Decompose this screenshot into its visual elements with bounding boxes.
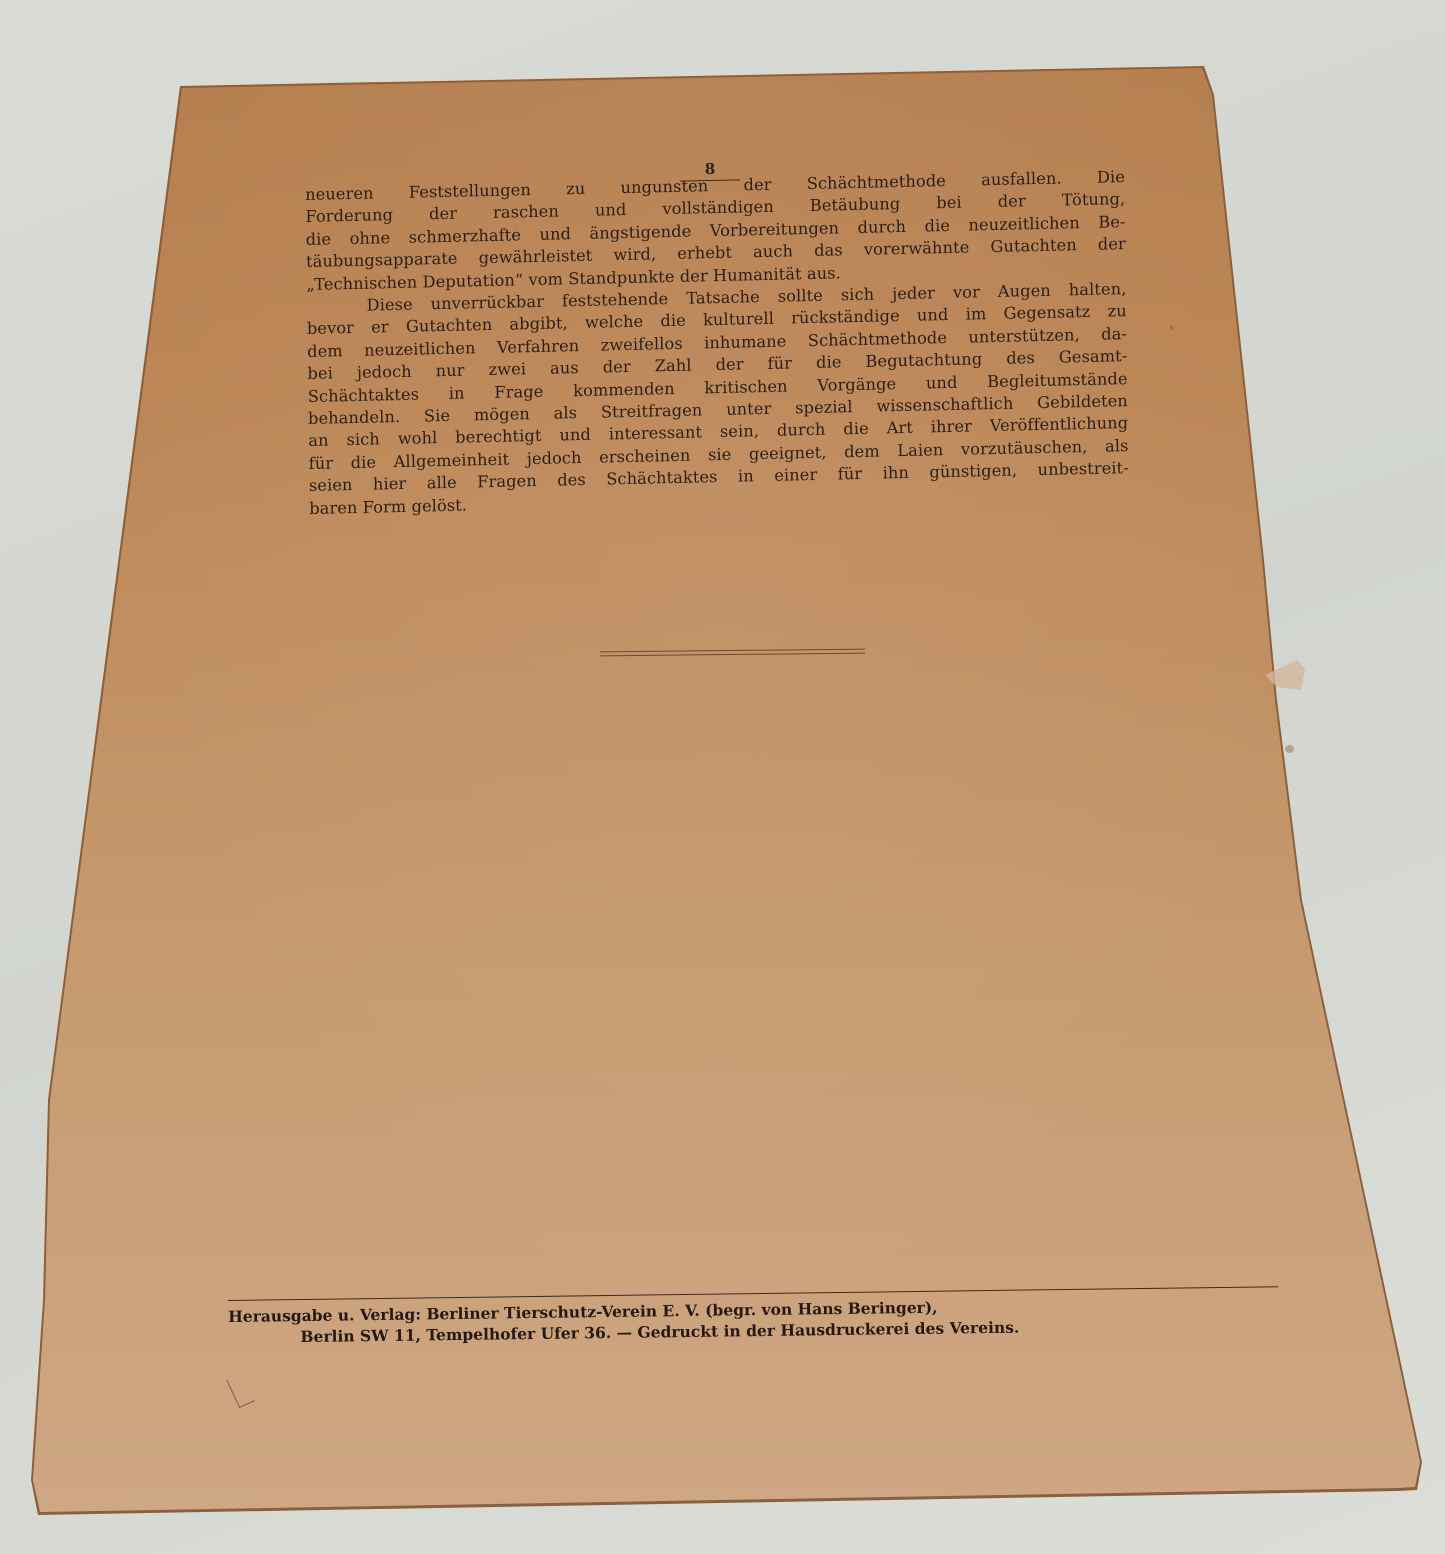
stain-spot [1170, 325, 1173, 330]
pencil-mark [226, 1373, 255, 1408]
paper-tear [1265, 660, 1305, 690]
page-content: 8 neueren Feststellungen zu ungunsten de… [0, 0, 1445, 1554]
stain-spot [1285, 745, 1294, 753]
body-text: neueren Feststellungen zu ungunsten der … [305, 166, 1129, 520]
section-divider [600, 649, 865, 657]
imprint-footer: Herausgabe u. Verlag: Berliner Tierschut… [228, 1292, 1288, 1348]
